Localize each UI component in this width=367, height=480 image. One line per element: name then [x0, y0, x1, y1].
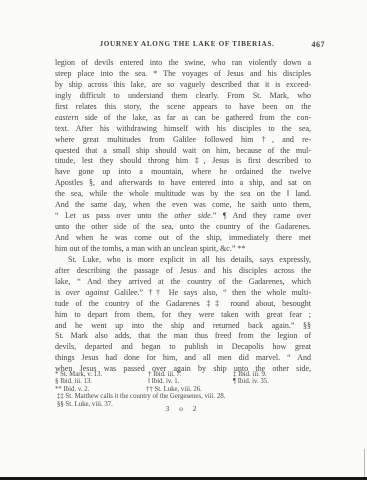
text-line: and he went up into the ship and returne… — [55, 321, 311, 332]
footnote-entry: ** Ibid. v. 2. — [55, 386, 89, 393]
text-line: by ship across this lake, are so vaguely… — [55, 80, 311, 91]
text-line: unto the other side of the sea, unto the… — [55, 222, 311, 233]
body-text: legion of devils entered into the swine,… — [55, 58, 311, 375]
text-line: titude, lest they should throng him ‡, J… — [55, 156, 311, 167]
footnote-entry: * St. Mark, v. 13. — [55, 371, 102, 378]
running-head: JOURNEY ALONG THE LAKE OF TIBERIAS. 467 — [55, 40, 311, 52]
text-line: first relates this story, the scene appe… — [55, 102, 311, 113]
text-line: where great multitudes from Galilee foll… — [55, 135, 311, 146]
text-line: him to depart from them, for they were t… — [55, 310, 311, 321]
paragraph: legion of devils entered into the swine,… — [55, 58, 311, 255]
footnote-entry: ‡ Ibid. iii. 9. — [233, 371, 267, 378]
scan-edge-right — [364, 449, 365, 477]
text-line: him out of the tombs, a man with an uncl… — [55, 244, 311, 255]
text-line: quested that a small ship should wait on… — [55, 146, 311, 157]
text-line: St. Mark also adds, that the man thus fr… — [55, 331, 311, 342]
text-line: have gone up into a mountain, where he o… — [55, 167, 311, 178]
page-number: 467 — [312, 40, 326, 49]
footnote-row: § Ibid. iii. 13.‖ Ibid. iv. 1.¶ Ibid. iv… — [55, 378, 313, 385]
signature-mark: 3 o 2 — [55, 404, 311, 413]
text-line: the sea, while the whole multitude was b… — [55, 189, 311, 200]
footnote-entry: †† St. Luke, viii. 26. — [146, 386, 202, 393]
text-line: tude of the country of the Gadarenes ‡‡ … — [55, 299, 311, 310]
footnotes: * St. Mark, v. 13.† Ibid. iii. 7.‡ Ibid.… — [55, 371, 313, 408]
footnote-entry: † Ibid. iii. 7. — [148, 371, 182, 378]
text-line: lake, “ And they arrived at the country … — [55, 277, 311, 288]
text-line: steep place into the sea. * The voyages … — [55, 69, 311, 80]
paragraph: St. Luke, who is more explicit in all hi… — [55, 255, 311, 375]
text-line: ingly difficult to understand them clear… — [55, 91, 311, 102]
text-line: “ Let us pass over unto the other side.”… — [55, 211, 311, 222]
text-line: And when he was come out of the ship, im… — [55, 233, 311, 244]
footnote-entry: ¶ Ibid. iv. 35. — [233, 378, 269, 385]
text-line: legion of devils entered into the swine,… — [55, 58, 311, 69]
text-line: eastern side of the lake, as far as can … — [55, 113, 311, 124]
text-line: is over against Galilee.” †† He says als… — [55, 288, 311, 299]
text-line: after describing the passage of Jesus an… — [55, 266, 311, 277]
text-line: devils, departed and began to publish in… — [55, 342, 311, 353]
page-title: JOURNEY ALONG THE LAKE OF TIBERIAS. — [55, 40, 311, 48]
footnote-entry: ‖ Ibid. iv. 1. — [148, 378, 179, 385]
footnote-row: * St. Mark, v. 13.† Ibid. iii. 7.‡ Ibid.… — [55, 371, 313, 378]
text-line: things Jesus had done for him, and all m… — [55, 353, 311, 364]
text-line: Apostles §, and afterwards to have enter… — [55, 178, 311, 189]
text-line: text. After his withdrawing himself with… — [55, 124, 311, 135]
footnote-row: ‡‡ St. Matthew calls it the country of t… — [55, 393, 313, 400]
text-line: And the same day, when the even was come… — [55, 200, 311, 211]
text-line: St. Luke, who is more explicit in all hi… — [55, 255, 311, 266]
footnote-entry: § Ibid. iii. 13. — [55, 378, 92, 385]
footnote-row: ** Ibid. v. 2.†† St. Luke, viii. 26. — [55, 386, 313, 393]
book-page: JOURNEY ALONG THE LAKE OF TIBERIAS. 467 … — [0, 0, 367, 480]
footnote-entry: ‡‡ St. Matthew calls it the country of t… — [57, 393, 225, 400]
